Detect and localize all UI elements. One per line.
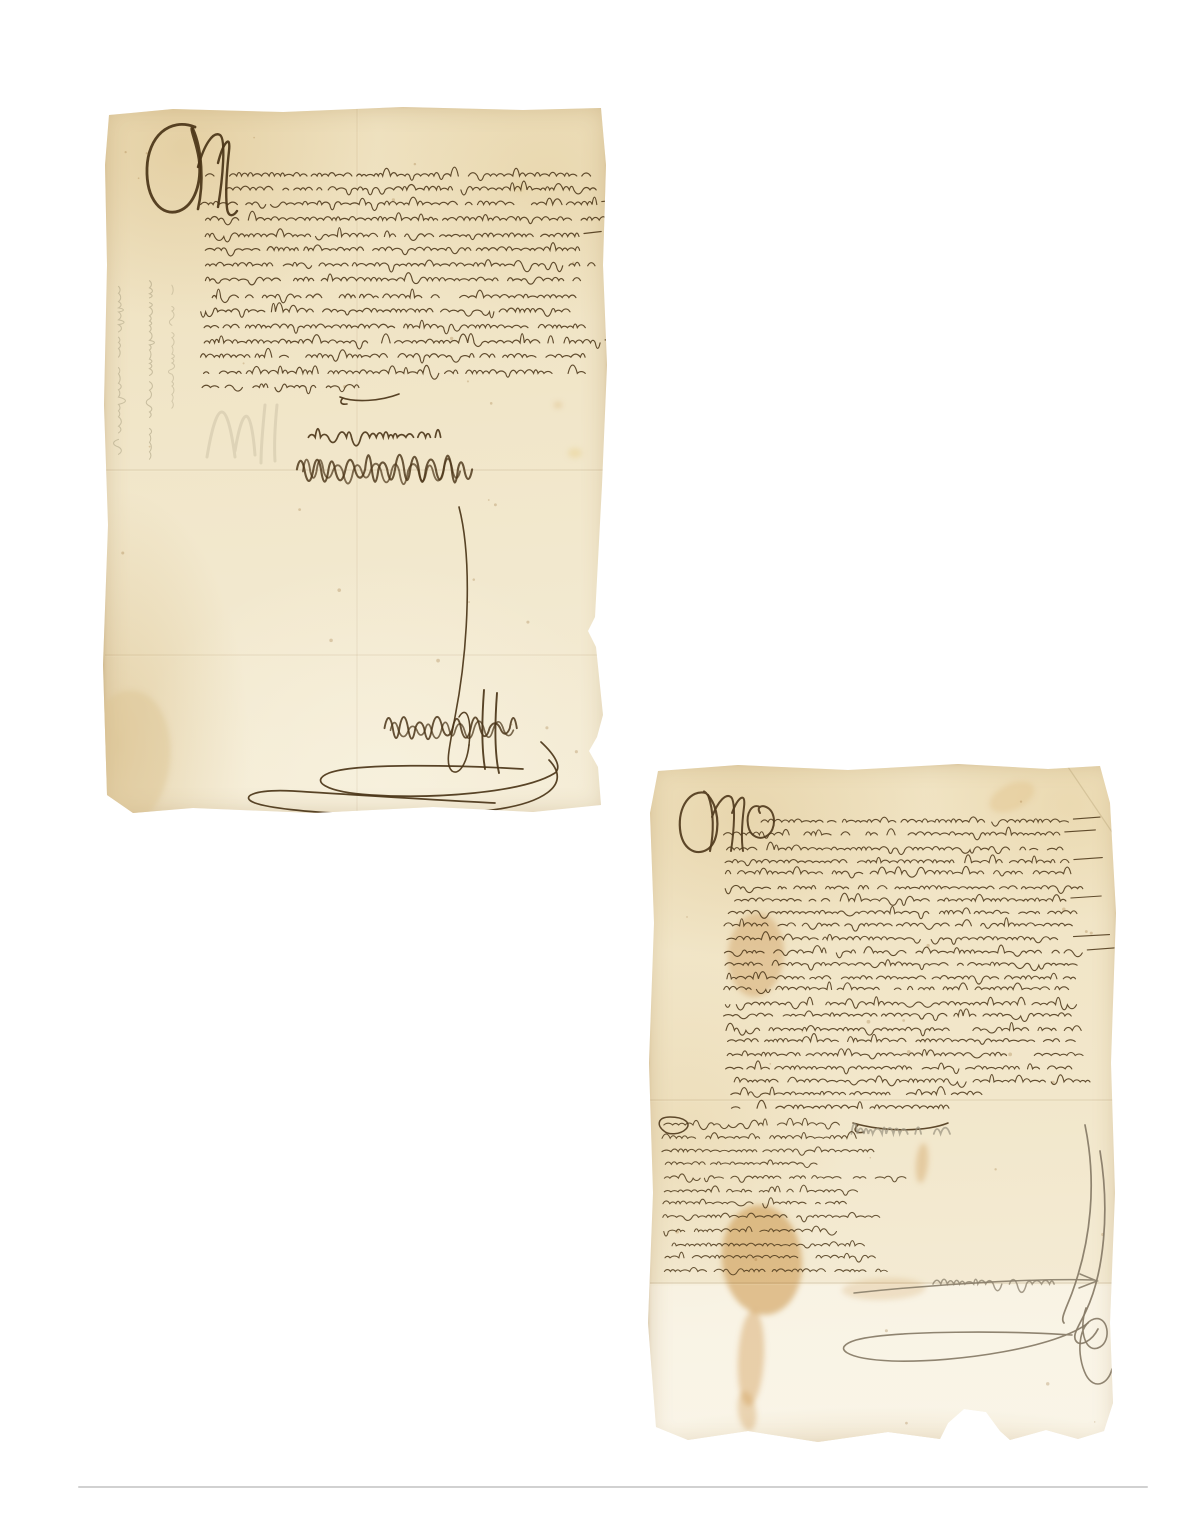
foxing-speck — [769, 1063, 771, 1065]
handwriting-block-margin-note — [114, 286, 126, 454]
pen-flourish — [1063, 1125, 1091, 1323]
handwriting-line — [734, 1075, 1090, 1088]
handwriting-line — [201, 348, 586, 363]
handwriting-line — [725, 866, 1070, 877]
handwriting-line — [727, 842, 1063, 854]
handwriting-line — [727, 932, 1110, 945]
handwriting-line — [665, 1160, 823, 1168]
foxing-speck — [450, 337, 453, 340]
manuscript-letter-2 — [648, 763, 1117, 1448]
stain — [985, 775, 1039, 819]
pen-flourish — [708, 795, 713, 851]
foxing-speck — [298, 508, 301, 511]
handwriting-line — [226, 181, 597, 195]
foxing-speck — [253, 137, 255, 139]
foxing-speck — [1085, 930, 1088, 933]
foxing-speck — [905, 1422, 908, 1425]
foxing-speck — [392, 198, 395, 201]
pen-flourish — [147, 124, 200, 212]
handwriting-line — [726, 1061, 1072, 1074]
handwriting-line — [212, 289, 576, 303]
pen-flourish — [844, 1323, 1088, 1361]
handwriting-line — [201, 197, 608, 210]
foxing-speck — [994, 1168, 996, 1170]
pen-flourish — [732, 798, 774, 851]
foxing-speck — [473, 578, 476, 581]
foxing-speck — [149, 446, 151, 448]
handwriting-line — [308, 429, 440, 446]
foxing-speck — [575, 750, 578, 753]
handwriting-line — [114, 286, 126, 454]
handwriting-line — [168, 285, 174, 408]
foxing-speck — [243, 362, 245, 364]
foxing-speck — [490, 402, 493, 405]
foxing-speck — [778, 988, 780, 990]
handwriting-line — [725, 997, 1076, 1010]
foxing-speck — [526, 621, 529, 624]
manuscript-letter-1 — [103, 105, 608, 815]
pen-flourish — [1080, 1308, 1112, 1384]
handwriting-block-margin-note — [168, 285, 174, 408]
handwriting-line — [664, 1118, 840, 1129]
page-divider-line — [78, 1486, 1148, 1488]
foxing-speck — [686, 916, 688, 918]
handwriting-line — [206, 260, 596, 272]
handwriting-line — [727, 1049, 1083, 1059]
foxing-speck — [944, 887, 946, 889]
foxing-speck — [125, 151, 127, 153]
handwriting-block-closing-line — [308, 429, 440, 446]
handwriting-line — [731, 1087, 982, 1098]
handwriting-line — [146, 281, 154, 460]
handwriting-block-body-text — [201, 167, 609, 393]
handwriting-line — [724, 982, 1069, 994]
handwriting-line — [205, 228, 601, 242]
foxing-speck — [885, 1329, 888, 1332]
handwriting-line — [664, 1174, 906, 1182]
handwriting-line — [662, 1147, 874, 1155]
handwriting-layer — [648, 763, 1117, 1448]
handwriting-layer — [103, 105, 608, 815]
foxing-speck — [867, 1020, 871, 1024]
foxing-speck — [802, 1031, 804, 1033]
stain — [568, 448, 582, 458]
foxing-speck — [121, 552, 124, 555]
handwriting-line — [724, 827, 1096, 840]
handwriting-line — [662, 1132, 856, 1139]
handwriting-line — [728, 1034, 1076, 1045]
handwriting-line — [204, 320, 585, 334]
foxing-speck — [467, 380, 469, 382]
foxing-speck — [337, 588, 341, 592]
pen-flourish — [321, 742, 558, 796]
stain — [716, 1201, 807, 1319]
handwriting-line — [725, 855, 1102, 866]
foxing-speck — [468, 601, 470, 603]
handwriting-line — [202, 384, 359, 394]
foxing-speck — [329, 639, 333, 643]
foxing-speck — [414, 163, 416, 165]
catalog-page — [0, 0, 1197, 1538]
foxing-speck — [902, 1019, 905, 1022]
foxing-speck — [488, 499, 490, 501]
foxing-speck — [754, 1258, 757, 1261]
pen-flourish — [340, 394, 399, 404]
handwriting-line — [206, 211, 608, 225]
stain — [914, 1143, 929, 1184]
stain — [842, 1277, 927, 1302]
foxing-speck — [1020, 800, 1022, 802]
handwriting-line — [205, 273, 580, 285]
handwriting-line — [201, 303, 579, 318]
handwriting-line — [724, 1009, 1072, 1022]
handwriting-line — [664, 1185, 867, 1195]
handwriting-line — [761, 817, 1100, 826]
stain — [103, 684, 179, 815]
foxing-speck — [436, 659, 440, 663]
pen-flourish — [712, 796, 734, 851]
pen-flourish — [1075, 1151, 1105, 1343]
foxing-speck — [1094, 1421, 1095, 1422]
handwriting-line — [725, 885, 1083, 893]
foxing-speck — [494, 503, 497, 506]
foxing-speck — [1008, 1052, 1012, 1056]
foxing-speck — [545, 726, 548, 729]
handwriting-line — [726, 1023, 1081, 1036]
foxing-speck — [138, 177, 140, 179]
pen-flourish — [1068, 767, 1114, 835]
foxing-layer — [675, 800, 1104, 1424]
handwriting-line — [204, 365, 586, 379]
handwriting-block-margin-note — [146, 281, 154, 460]
handwriting-block-mid-signature — [851, 1123, 950, 1134]
stain — [554, 402, 562, 408]
handwriting-line — [851, 1123, 950, 1134]
handwriting-line — [204, 334, 608, 349]
handwriting-line — [205, 243, 579, 256]
handwriting-line — [728, 906, 1077, 918]
foxing-layer — [121, 137, 578, 753]
foxing-speck — [869, 1157, 871, 1159]
stain — [736, 1309, 767, 1406]
handwriting-line — [735, 893, 1102, 905]
pen-flourish — [207, 405, 277, 463]
handwriting-line — [206, 167, 591, 180]
foxing-speck — [1046, 1382, 1049, 1385]
foxing-speck — [1090, 932, 1093, 935]
